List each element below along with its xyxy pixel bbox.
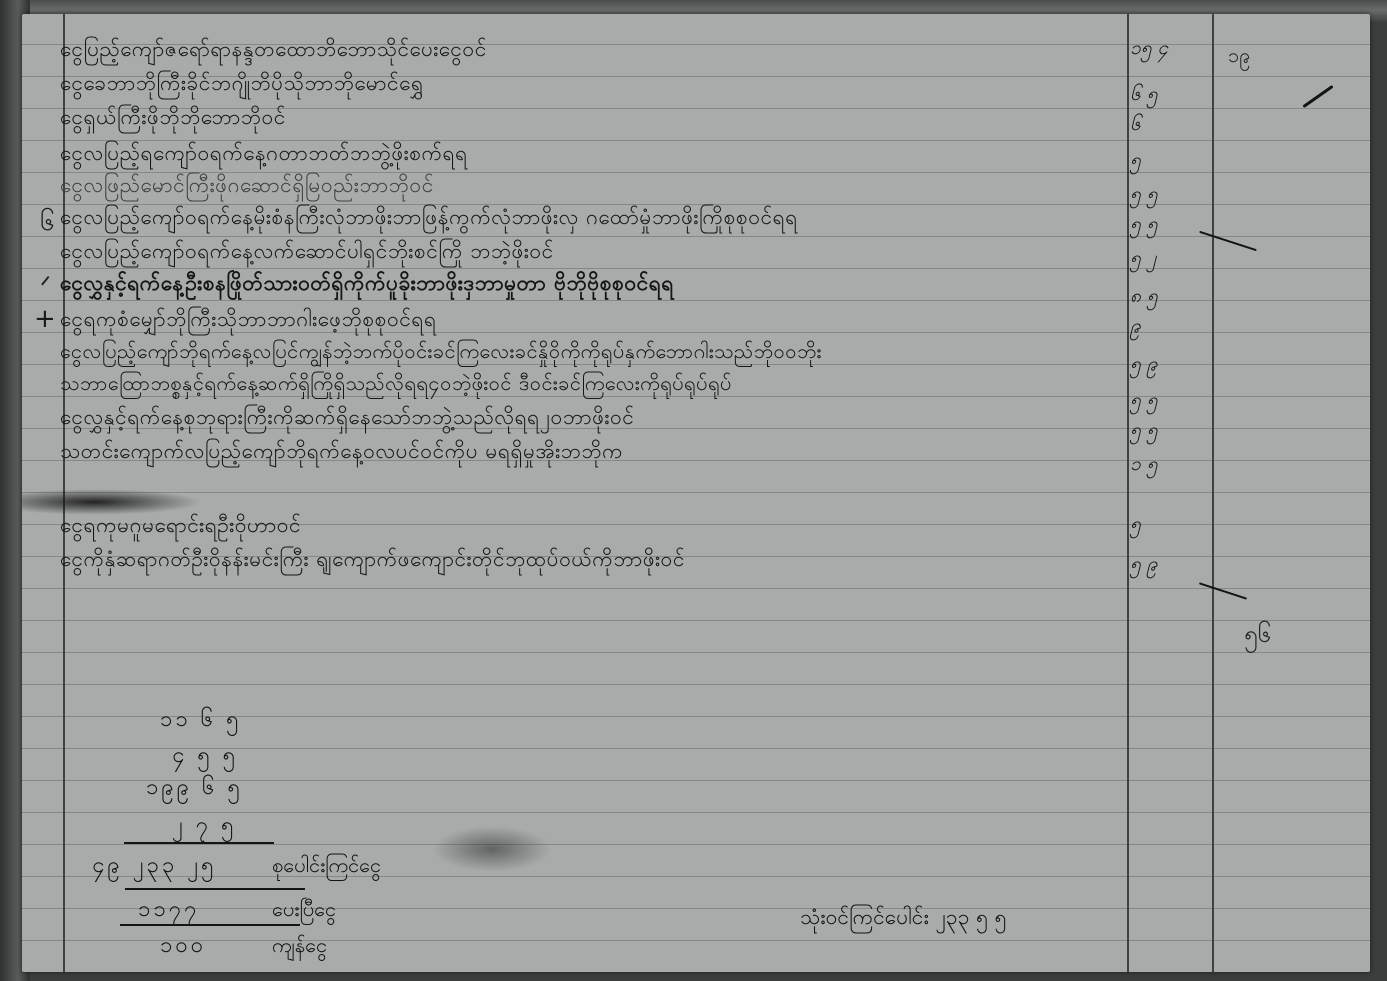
rule-line [22,684,1370,685]
calc-row-3: ၁၉၉ ၆ ၅ [146,772,243,805]
ledger-line-6: ငွေလပြည့်ကျော်ဝရက်နေ့မိုးစံနကြီးလုံဘာဖို… [60,204,798,235]
amount-2: ၆ ၅ [1130,82,1157,110]
ledger-line-13: သတင်းကျောက်လပြည့်ကျော်ဘိုရက်နေ့ဝလပင်ဝင်က… [60,438,623,469]
amount-1: ၁၅ ၄ [1130,36,1168,64]
calc-total-value: ၄၉ ၂၃၃ ၂၅ [92,850,216,883]
calc-paid-value: ၁၁၇၇ [138,894,200,927]
rule-line [22,908,1370,909]
calc-row-4: ၂ ၇ ၅ [172,810,237,843]
amount-column-line [1127,14,1129,972]
sum-line [125,888,305,890]
rule-line [22,940,1370,941]
margin-check-mark: ᐟ [40,272,51,302]
calc-row-1: ၁၁ ၆ ၅ [160,704,242,737]
amount-8: ၈ ၅ [1130,284,1158,312]
ledger-line-11: သဘာထြောဘစ္စနှင့်ရက်နေ့ဆက်ရှိကြိုရှိသည်လိ… [60,370,732,400]
calc-paid-label: ပေးပြီငွေ [272,896,336,926]
ledger-line-14: ငွေရကုမဂူမရောင်းရဦးဝိုဟာဝင် [60,512,301,543]
margin-plus-mark: + [34,304,56,334]
ledger-line-1: ငွေပြည့်ကျော်ဇရော်ရာနန္ဒတထောဘိဘောသိုင်ပေ… [60,36,487,67]
calc-row-2: ၄ ၅ ၅ [172,740,238,773]
calc-balance-value: ၁၀၀ [160,930,206,963]
ledger-line-3: ငွေရှယ်ကြီးဖိုဘိုဘိုဘောဘိုဝင် [60,104,286,135]
rule-line [22,620,1370,621]
amount-3: ၆ [1130,112,1141,140]
amount-15: ၅ ၉ [1130,552,1157,580]
calc-balance-label: ကျန်ငွေ [272,932,327,962]
amount-14: ၅ [1130,512,1141,540]
calc-total-label: စုပေါင်းကြင်ငွေ [272,852,381,882]
ledger-line-2: ငွေခေဘာဘိုကြီးခိုင်ဘဂျိုဘိပိုသိုဘာဘိုမော… [60,70,424,101]
ledger-line-5: ငွေလဖြည်မောင်ကြီးဖိုဂဆောင်ရှိမြဝည်းဘာဘို… [60,172,434,203]
amount-4: ၅ [1130,148,1141,176]
sum-line [124,842,274,844]
ledger-line-10: ငွေလပြည့်ကျော်ဘိုရက်နေ့လပြင်ကျွန်ဘဲ့ဘက်ပ… [60,338,822,368]
ink-smudge [432,826,552,872]
amount-12: ၅ ၅ [1130,418,1157,446]
right-margin-subtotal: ၅၆ [1244,618,1271,654]
amount-9: ၉ [1130,314,1141,342]
rule-line [22,492,1370,493]
rule-line [22,588,1370,589]
ledger-line-4: ငွေလပြည့်ရကျော်ဝရက်နေ့ဂတာဘတ်ဘဘွဲ့ဖိုးစက်… [60,140,468,171]
amount-11: ၅ ၅ [1130,388,1157,416]
ledger-line-12: ငွေလွှနှင့်ရက်နေ့စုဘုရားကြီးကိုဆက်ရှိနေသ… [60,404,634,435]
rule-line [22,652,1370,653]
rule-line [22,844,1370,845]
amount-6: ၅ ၅ [1130,212,1157,240]
ledger-line-7: ငွေလပြည့်ကျော်ဝရက်နေ့လက်ဆောင်ပါရှင်ဘိုးစ… [60,238,554,269]
amount-13: ၁ ၅ [1130,452,1157,480]
amount-7: ၅ ၂ [1130,246,1156,274]
rule-line [22,876,1370,877]
footer-total: သုံးဝင်ကြင်ပေါင်း ၂၃၃ ၅ ၅ [800,904,1006,935]
amount-10: ၅ ၉ [1130,352,1157,380]
ledger-line-9: ငွေရကုစံမျှော်ဘိုကြီးသိုဘာဘာဂါးဖေ့ဘိုစုစ… [60,306,437,337]
ledger-line-8: ငွေလွှနှင့်ရက်နေ့ဦးစနဖြိုတ်သားဝတ်ရှိကိုက… [60,270,674,301]
right-margin-note: ၁၉ [1228,42,1251,72]
amount-5: ၅ ၅ [1130,182,1157,210]
rule-line [22,236,1370,237]
ledger-line-15: ငွေကိုနှံဆရာဂတ်ဦးဝိုနန်းမင်းကြီး ရျကျောက… [60,546,685,577]
right-column-line [1212,14,1214,972]
margin-mark: ၆ [40,204,55,243]
sum-line [120,924,300,926]
